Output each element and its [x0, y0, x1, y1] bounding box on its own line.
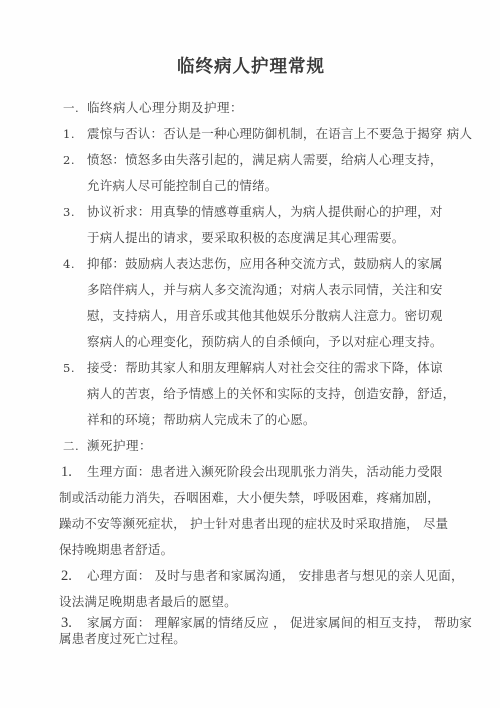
list-item: 2. 愤怒：愤怒多由失落引起的，满足病人需要，给病人心理支持， 允许病人尽可能控…	[60, 147, 442, 199]
text-line: 允许病人尽可能控制自己的情绪。	[87, 173, 442, 199]
text-line: 协议祈求：用真挚的情感尊重病人，为病人提供耐心的护理，对	[87, 199, 442, 225]
list-item: 1. 震惊与否认：否认是一种心理防御机制，在语言上不要急于揭穿 病人	[60, 121, 442, 147]
list-item: 5. 接受：帮助其家人和朋友理解病人对社会交往的需求下降，体谅 病人的苦衷，给予…	[60, 355, 442, 433]
document-page: 临终病人护理常规 一. 临终病人心理分期及护理： 1. 震惊与否认：否认是一种心…	[0, 0, 500, 708]
text-line: 多陪伴病人，并与病人多交流沟通；对病人表示同情，关注和安	[87, 277, 442, 303]
text-line: 心理方面： 及时与患者和家属沟通， 安排患者与想见的亲人见面，	[60, 563, 442, 589]
text-line: 接受：帮助其家人和朋友理解病人对社会交往的需求下降，体谅	[87, 355, 442, 381]
text-line: 生理方面：患者进入濒死阶段会出现肌张力消失，活动能力受限	[60, 459, 442, 485]
list-item: 2. 心理方面： 及时与患者和家属沟通， 安排患者与想见的亲人见面， 设法满足晚…	[60, 563, 442, 615]
section2-heading: 二. 濒死护理：	[60, 433, 442, 459]
item-number: 5.	[63, 355, 75, 381]
text-line: 慰，支持病人，用音乐或其他其他娱乐分散病人注意力。密切观	[87, 303, 442, 329]
item-number: 4.	[63, 251, 75, 277]
list-item: 1. 生理方面：患者进入濒死阶段会出现肌张力消失，活动能力受限 制或活动能力消失…	[60, 459, 442, 563]
text-line: 祥和的环境；帮助病人完成未了的心愿。	[87, 407, 442, 433]
list-item: 3. 家属方面： 理解家属的情绪反应 ， 促进家属间的相互支持， 帮助家 属患者…	[60, 615, 442, 647]
list-item: 4. 抑郁：鼓励病人表达悲伤，应用各种交流方式，鼓励病人的家属 多陪伴病人，并与…	[60, 251, 442, 355]
item-number: 3.	[61, 615, 72, 631]
item-number: 3.	[63, 199, 75, 225]
section2-number: 二.	[63, 433, 79, 459]
item-number: 1.	[63, 121, 75, 147]
text-line: 病人的苦衷，给予情感上的关怀和实际的支持，创造安静，舒适，	[87, 381, 442, 407]
section-dying-care: 二. 濒死护理： 1. 生理方面：患者进入濒死阶段会出现肌张力消失，活动能力受限…	[60, 433, 442, 647]
text-line: 震惊与否认：否认是一种心理防御机制，在语言上不要急于揭穿 病人	[87, 121, 442, 147]
text-line: 察病人的心理变化，预防病人的自杀倾向，予以对症心理支持。	[87, 329, 442, 355]
item-number: 1.	[61, 459, 72, 485]
text-line: 家属方面： 理解家属的情绪反应 ， 促进家属间的相互支持， 帮助家	[60, 615, 442, 631]
text-line: 抑郁：鼓励病人表达悲伤，应用各种交流方式，鼓励病人的家属	[87, 251, 442, 277]
text-line: 属患者度过死亡过程。	[59, 631, 442, 647]
text-line: 制或活动能力消失，吞咽困难，大小便失禁，呼吸困难，疼痛加剧，	[59, 485, 442, 511]
text-line: 保持晚期患者舒适。	[59, 537, 442, 563]
text-line: 设法满足晚期患者最后的愿望。	[59, 589, 442, 615]
item-number: 2.	[61, 563, 72, 589]
text-line: 愤怒：愤怒多由失落引起的，满足病人需要，给病人心理支持，	[87, 147, 442, 173]
text-line: 躁动不安等濒死症状， 护士针对患者出现的症状及时采取措施， 尽量	[59, 511, 442, 537]
section1-heading-text: 临终病人心理分期及护理：	[87, 95, 442, 121]
item-number: 2.	[63, 147, 75, 173]
section1-heading: 一. 临终病人心理分期及护理：	[60, 95, 442, 121]
list-item: 3. 协议祈求：用真挚的情感尊重病人，为病人提供耐心的护理，对 于病人提出的请求…	[60, 199, 442, 251]
section1-number: 一.	[63, 95, 79, 121]
section-psych-stages: 一. 临终病人心理分期及护理： 1. 震惊与否认：否认是一种心理防御机制，在语言…	[60, 95, 442, 433]
text-line: 于病人提出的请求，要采取积极的态度满足其心理需要。	[87, 225, 442, 251]
section2-heading-text: 濒死护理：	[87, 433, 442, 459]
doc-title: 临终病人护理常规	[60, 54, 442, 81]
